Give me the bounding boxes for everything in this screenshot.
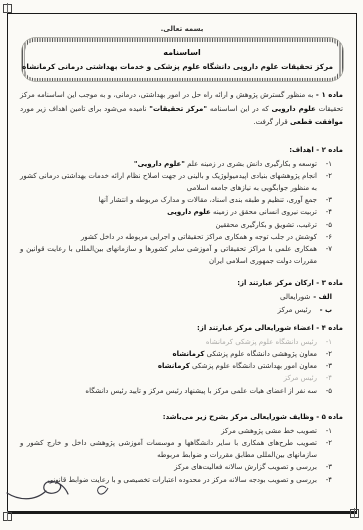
bismillah-text: بسمه تعالی. bbox=[8, 25, 356, 33]
corner-registration-mark bbox=[350, 509, 359, 518]
item-number: ۲- bbox=[320, 348, 332, 360]
item-text-part: معاون امور بهداشتی دانشگاه علوم پزشکی bbox=[190, 362, 317, 370]
bold-term: علوم دارویی bbox=[272, 105, 316, 113]
item-number: ۳- bbox=[320, 194, 332, 206]
corner-registration-mark bbox=[3, 4, 12, 13]
article-4-heading: ماده ۴ - اعضاء شورایعالی مرکز عبارتند از… bbox=[20, 323, 343, 334]
item-text: توسعه و بکارگیری دانش بشری در زمینه علم … bbox=[20, 158, 317, 170]
list-item: ۱- رئیس دانشگاه علوم پزشکی کرمانشاه bbox=[20, 336, 343, 348]
item-text-part: تربیت نیروی انسانی محقق در زمینه bbox=[211, 208, 317, 216]
list-item: ۱- تصویب خط مشی پژوهشی مرکز bbox=[20, 425, 343, 437]
article-1-text: نامیده می‌شود برای تامین اهداف زیر مورد bbox=[20, 105, 149, 113]
item-number: ۴- bbox=[320, 206, 332, 218]
item-letter: ب - bbox=[314, 304, 332, 316]
article-3-heading: ماده ۳ - ارکان مرکز عبارتند از: bbox=[20, 278, 343, 289]
item-text: معاون پژوهشی دانشگاه علوم پزشکی کرمانشاه bbox=[20, 348, 317, 360]
item-text: رئیس دانشگاه علوم پزشکی کرمانشاه bbox=[20, 336, 317, 348]
item-text-part: توسعه و بکارگیری دانش بشری در زمینه علم bbox=[185, 160, 317, 168]
article-3-list: الف - شورایعالی ب - رئیس مرکز bbox=[20, 291, 343, 315]
list-item: ۳- معاون امور بهداشتی دانشگاه علوم پزشکی… bbox=[20, 360, 343, 372]
bold-term: کرمانشاه bbox=[158, 362, 190, 370]
article-1-text: که در این اساسنامه bbox=[207, 105, 271, 113]
article-1-paragraph: ماده ۱ - به منظور گسترش پژوهش و ارائه را… bbox=[20, 89, 343, 130]
title-box-inner: اساسنامه مرکز تحقیقات علوم دارویی دانشگا… bbox=[25, 42, 339, 78]
list-item: ۳- بررسی و تصویب گزارش سالانه فعالیت‌های… bbox=[20, 461, 343, 473]
title-box: اساسنامه مرکز تحقیقات علوم دارویی دانشگا… bbox=[22, 38, 343, 81]
item-text: تربیت نیروی انسانی محقق در زمینه علوم دا… bbox=[20, 206, 317, 218]
item-text: ترغیب، تشویق و بکارگیری محققین bbox=[20, 219, 317, 231]
item-text: بررسی و تصویب گزارش سالانه فعالیت‌های مر… bbox=[20, 461, 317, 473]
bold-term: "مرکز تحقیقات" bbox=[149, 105, 207, 113]
list-item: ب - رئیس مرکز bbox=[20, 304, 343, 316]
article-5-heading: ماده ۵ - وظایف شورایعالی مرکز بشرح زیر م… bbox=[20, 412, 343, 423]
article-2-heading: ماده ۲ - اهداف: bbox=[20, 145, 343, 156]
item-text: سه نفر از اعضای هیات علمی مرکز با پیشنها… bbox=[20, 385, 317, 397]
bold-term: کرمانشاه bbox=[172, 350, 204, 358]
document-title: اساسنامه bbox=[31, 48, 333, 57]
page-border-frame: بسمه تعالی. اساسنامه مرکز تحقیقات علوم د… bbox=[7, 13, 357, 514]
item-text: انجام پژوهشهای بنیادی اپیدمیولوژیک و بال… bbox=[20, 170, 317, 194]
list-item: ۴- تربیت نیروی انسانی محقق در زمینه علوم… bbox=[20, 206, 343, 218]
item-text: جمع آوری، تنظیم و طبقه بندی اسناد، مقالا… bbox=[20, 194, 317, 206]
item-number: ۱- bbox=[320, 336, 332, 348]
corner-registration-mark bbox=[3, 512, 12, 521]
item-number: ۲- bbox=[320, 437, 332, 461]
item-number: ۶- bbox=[320, 231, 332, 243]
item-number: ۴- bbox=[320, 372, 332, 384]
article-1-text: قرار گرفت. bbox=[253, 118, 290, 126]
document-body: ماده ۱ - به منظور گسترش پژوهش و ارائه را… bbox=[8, 89, 356, 486]
item-text: تصویب خط مشی پژوهشی مرکز bbox=[20, 425, 317, 437]
list-item: ۲- تصویب طرح‌های همکاری با سایر دانشگاهه… bbox=[20, 437, 343, 461]
list-item: ۷- همکاری علمی با مراکز تحقیقاتی و آموزش… bbox=[20, 243, 343, 267]
item-number: ۳- bbox=[320, 461, 332, 473]
item-text: رئیس مرکز bbox=[20, 372, 317, 384]
list-item: ۱- توسعه و بکارگیری دانش بشری در زمینه ع… bbox=[20, 158, 343, 170]
item-text: معاون امور بهداشتی دانشگاه علوم پزشکی کر… bbox=[20, 360, 317, 372]
item-number: ۱- bbox=[320, 425, 332, 437]
list-item: ۵- ترغیب، تشویق و بکارگیری محققین bbox=[20, 219, 343, 231]
bold-term: علوم دارویی bbox=[167, 208, 211, 216]
bold-term: "علوم دارویی" bbox=[134, 160, 185, 168]
list-item: ۲- معاون پژوهشی دانشگاه علوم پزشکی کرمان… bbox=[20, 348, 343, 360]
document-subtitle: مرکز تحقیقات علوم دارویی دانشگاه علوم پز… bbox=[31, 62, 333, 71]
item-letter: الف - bbox=[313, 291, 332, 303]
signature bbox=[4, 474, 114, 508]
list-item: ۵- سه نفر از اعضای هیات علمی مرکز با پیش… bbox=[20, 385, 343, 397]
item-text: رئیس مرکز bbox=[20, 304, 311, 316]
bold-term: موافقت قطعی bbox=[290, 118, 343, 126]
item-number: ۷- bbox=[320, 243, 332, 267]
item-number: ۵- bbox=[320, 219, 332, 231]
item-text: تصویب طرح‌های همکاری با سایر دانشگاهها و… bbox=[20, 437, 317, 461]
item-number: ۴- bbox=[320, 474, 332, 486]
item-text: شورایعالی bbox=[20, 291, 310, 303]
list-item: ۲- انجام پژوهشهای بنیادی اپیدمیولوژیک و … bbox=[20, 170, 343, 194]
article-4-list: ۱- رئیس دانشگاه علوم پزشکی کرمانشاه ۲- م… bbox=[20, 336, 343, 397]
scanned-document: { "page": { "bismillah": "بسمه تعالی.", … bbox=[0, 0, 363, 530]
document-page: بسمه تعالی. اساسنامه مرکز تحقیقات علوم د… bbox=[0, 0, 363, 530]
list-item: ۳- جمع آوری، تنظیم و طبقه بندی اسناد، مق… bbox=[20, 194, 343, 206]
list-item: الف - شورایعالی bbox=[20, 291, 343, 303]
list-item: ۶- کوشش در جلب توجه و همکاری مراکز تحقیق… bbox=[20, 231, 343, 243]
item-number: ۵- bbox=[320, 385, 332, 397]
article-1-label: ماده ۱ - bbox=[313, 91, 343, 99]
item-number: ۱- bbox=[320, 158, 332, 170]
item-text: همکاری علمی با مراکز تحقیقاتی و آموزشی س… bbox=[20, 243, 317, 267]
item-number: ۳- bbox=[320, 360, 332, 372]
item-text: کوشش در جلب توجه و همکاری مراکز تحقیقاتی… bbox=[20, 231, 317, 243]
article-2-list: ۱- توسعه و بکارگیری دانش بشری در زمینه ع… bbox=[20, 158, 343, 268]
list-item: ۴- رئیس مرکز bbox=[20, 372, 343, 384]
item-text-part: معاون پژوهشی دانشگاه علوم پزشکی bbox=[204, 350, 317, 358]
item-number: ۲- bbox=[320, 170, 332, 194]
